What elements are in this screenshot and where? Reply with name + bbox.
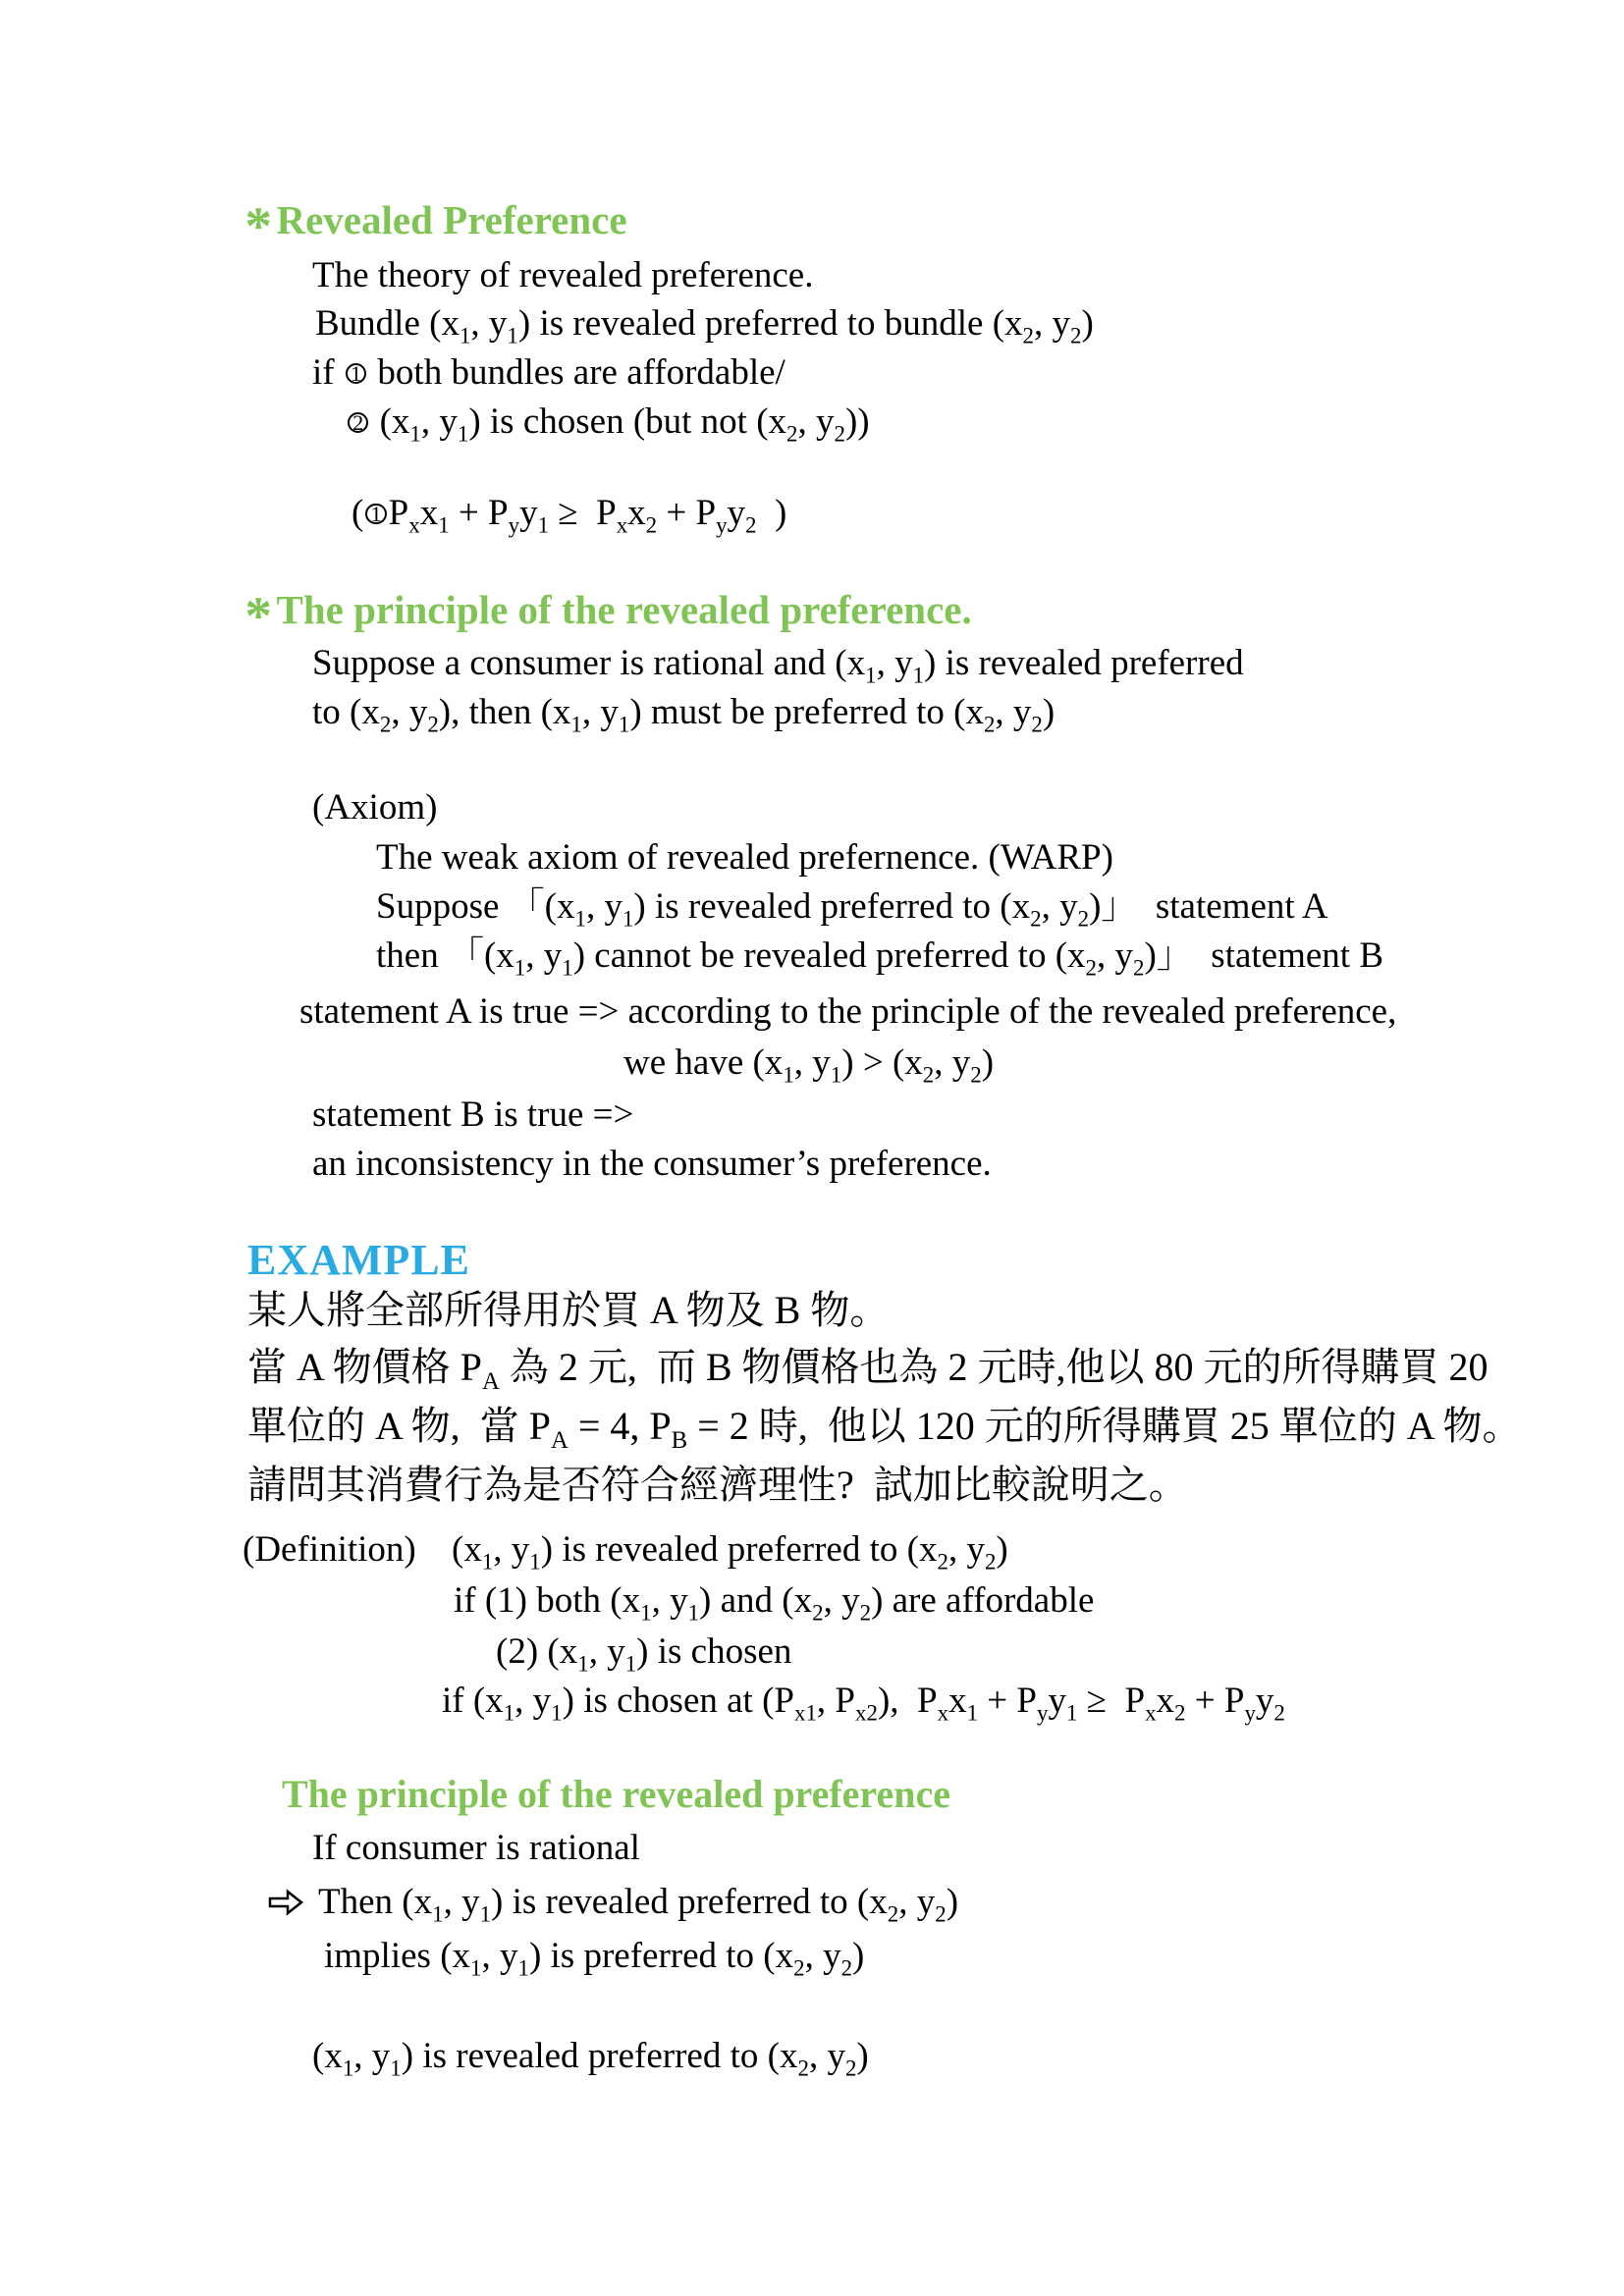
document-page: *Revealed Preference The theory of revea… bbox=[0, 0, 1624, 2296]
doc-line: then 「(x1, y1) cannot be revealed prefer… bbox=[376, 934, 1383, 979]
doc-line: if (1) both (x1, y1) and (x2, y2) are af… bbox=[454, 1578, 1094, 1624]
doc-line: Then (x1, y1) is revealed preferred to (… bbox=[267, 1880, 958, 1928]
example-text-line: 某人將全部所得用於買 A 物及 B 物。 bbox=[247, 1286, 889, 1335]
asterisk-marker: * bbox=[244, 583, 272, 647]
example-heading: EXAMPLE bbox=[247, 1235, 470, 1285]
section-heading-principle: *The principle of the revealed preferenc… bbox=[248, 586, 972, 633]
section-title: Revealed Preference bbox=[277, 197, 627, 242]
doc-line: if 1 both bundles are affordable/ bbox=[312, 350, 785, 396]
budget-formula: (1Pxx1 + Pyy1 ≥ Pxx2 + Pyy2 ) bbox=[352, 491, 786, 536]
section-title: The principle of the revealed preference… bbox=[277, 587, 972, 632]
rightwards-white-arrow-icon bbox=[267, 1883, 304, 1928]
axiom-label: (Axiom) bbox=[312, 785, 437, 830]
definition-label: (Definition) bbox=[243, 1527, 416, 1573]
doc-line: The weak axiom of revealed prefernence. … bbox=[376, 835, 1113, 881]
asterisk-marker: * bbox=[244, 193, 272, 257]
doc-line: statement A is true => according to the … bbox=[299, 989, 1396, 1035]
doc-line: (2) (x1, y1) is chosen bbox=[496, 1629, 791, 1675]
doc-line: The theory of revealed preference. bbox=[312, 253, 813, 298]
doc-line: to (x2, y2), then (x1, y1) must be prefe… bbox=[312, 690, 1055, 735]
example-text-line: 單位的 A 物, 當 PA = 4, PB = 2 時, 他以 120 元的所得… bbox=[247, 1402, 1521, 1451]
doc-line: Bundle (x1, y1) is revealed preferred to… bbox=[315, 301, 1094, 347]
example-text-line: 請問其消費行為是否符合經濟理性? 試加比較說明之。 bbox=[247, 1461, 1188, 1510]
doc-line: 2 (x1, y1) is chosen (but not (x2, y2)) bbox=[346, 400, 870, 445]
section-heading-revealed-preference: *Revealed Preference bbox=[248, 196, 627, 243]
example-text-line: 當 A 物價格 PA 為 2 元, 而 B 物價格也為 2 元時,他以 80 元… bbox=[247, 1343, 1489, 1392]
doc-line: (x1, y1) is revealed preferred to (x2, y… bbox=[312, 2034, 869, 2079]
doc-line: implies (x1, y1) is preferred to (x2, y2… bbox=[324, 1934, 864, 1979]
doc-line: statement B is true => bbox=[312, 1093, 633, 1138]
doc-line: Suppose 「(x1, y1) is revealed preferred … bbox=[376, 884, 1328, 930]
doc-line-text: Then (x1, y1) is revealed preferred to (… bbox=[318, 1882, 958, 1922]
doc-line: we have (x1, y1) > (x2, y2) bbox=[623, 1041, 994, 1086]
doc-line: If consumer is rational bbox=[312, 1826, 640, 1871]
doc-line: Suppose a consumer is rational and (x1, … bbox=[312, 641, 1244, 686]
section-heading-principle-2: The principle of the revealed preference bbox=[282, 1771, 950, 1817]
doc-line: an inconsistency in the consumer’s prefe… bbox=[312, 1142, 992, 1187]
doc-line: (x1, y1) is revealed preferred to (x2, y… bbox=[452, 1527, 1008, 1573]
doc-line: if (x1, y1) is chosen at (Px1, Px2), Pxx… bbox=[442, 1679, 1285, 1724]
